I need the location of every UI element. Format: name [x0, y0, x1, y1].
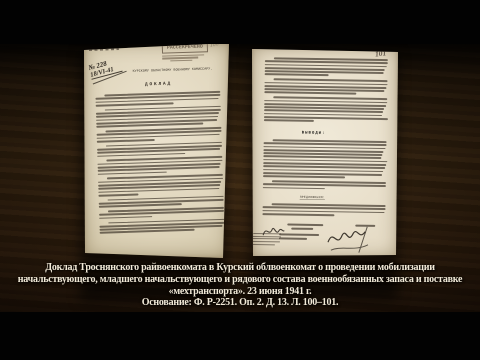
report-title: ДОКЛАД	[145, 81, 172, 87]
right-document-paper: 101 ВЫВОДЫ: ПРЕДЛОЖЕНИЯ:	[252, 47, 398, 258]
typed-signature-caption	[291, 228, 313, 230]
typed-text-items	[264, 57, 389, 126]
typed-text-body	[95, 91, 225, 237]
slide-caption: Доклад Троснянского райвоенкомата в Курс…	[0, 262, 480, 309]
declassified-stamp: РАССЕКРЕЧЕНО	[162, 44, 209, 62]
typed-text-conclusions	[263, 139, 388, 193]
left-document-paper: РАССЕКРЕЧЕНО 100 № 228 18/VI-41 КУРСКОМУ…	[84, 44, 229, 258]
caption-line-2: начальствующего, младшего начальствующег…	[0, 274, 480, 286]
stamp-subline	[170, 60, 192, 62]
proposals-heading: ПРЕДЛОЖЕНИЯ:	[300, 196, 325, 200]
letterbox-top	[0, 0, 480, 44]
typed-text-proposals	[262, 203, 386, 220]
corner-notation-block	[251, 233, 281, 247]
page-number-101: 101	[374, 48, 386, 58]
signature-ink-right	[325, 224, 371, 255]
letterbox-bottom	[0, 312, 480, 360]
caption-line-1: Доклад Троснянского райвоенкомата в Курс…	[0, 262, 480, 274]
caption-source-line: Основание: Ф. Р-2251. Оп. 2. Д. 13. Л. 1…	[0, 297, 480, 309]
conclusions-heading: ВЫВОДЫ:	[302, 131, 326, 136]
left-document: РАССЕКРЕЧЕНО 100 № 228 18/VI-41 КУРСКОМУ…	[84, 44, 229, 258]
page-number-100: 100	[209, 44, 219, 49]
declassified-stamp-box: РАССЕКРЕЧЕНО	[162, 44, 208, 54]
right-document: 101 ВЫВОДЫ: ПРЕДЛОЖЕНИЯ:	[252, 47, 398, 258]
presentation-slide: РАССЕКРЕЧЕНО 100 № 228 18/VI-41 КУРСКОМУ…	[0, 0, 480, 360]
declassified-stamp-text: РАССЕКРЕЧЕНО	[167, 44, 203, 51]
address-line: КУРСКОМУ ОБЛАСТНОМУ ВОЕННОМУ КОМИССАРУ.	[133, 67, 213, 73]
stamp-subline	[162, 57, 198, 59]
file-notation-marks	[89, 48, 119, 51]
handwritten-register-note: № 228 18/VI-41	[88, 56, 127, 82]
typed-signature-caption	[287, 224, 323, 226]
caption-line-3: «мехтранспорта». 23 июня 1941 г.	[0, 286, 480, 298]
